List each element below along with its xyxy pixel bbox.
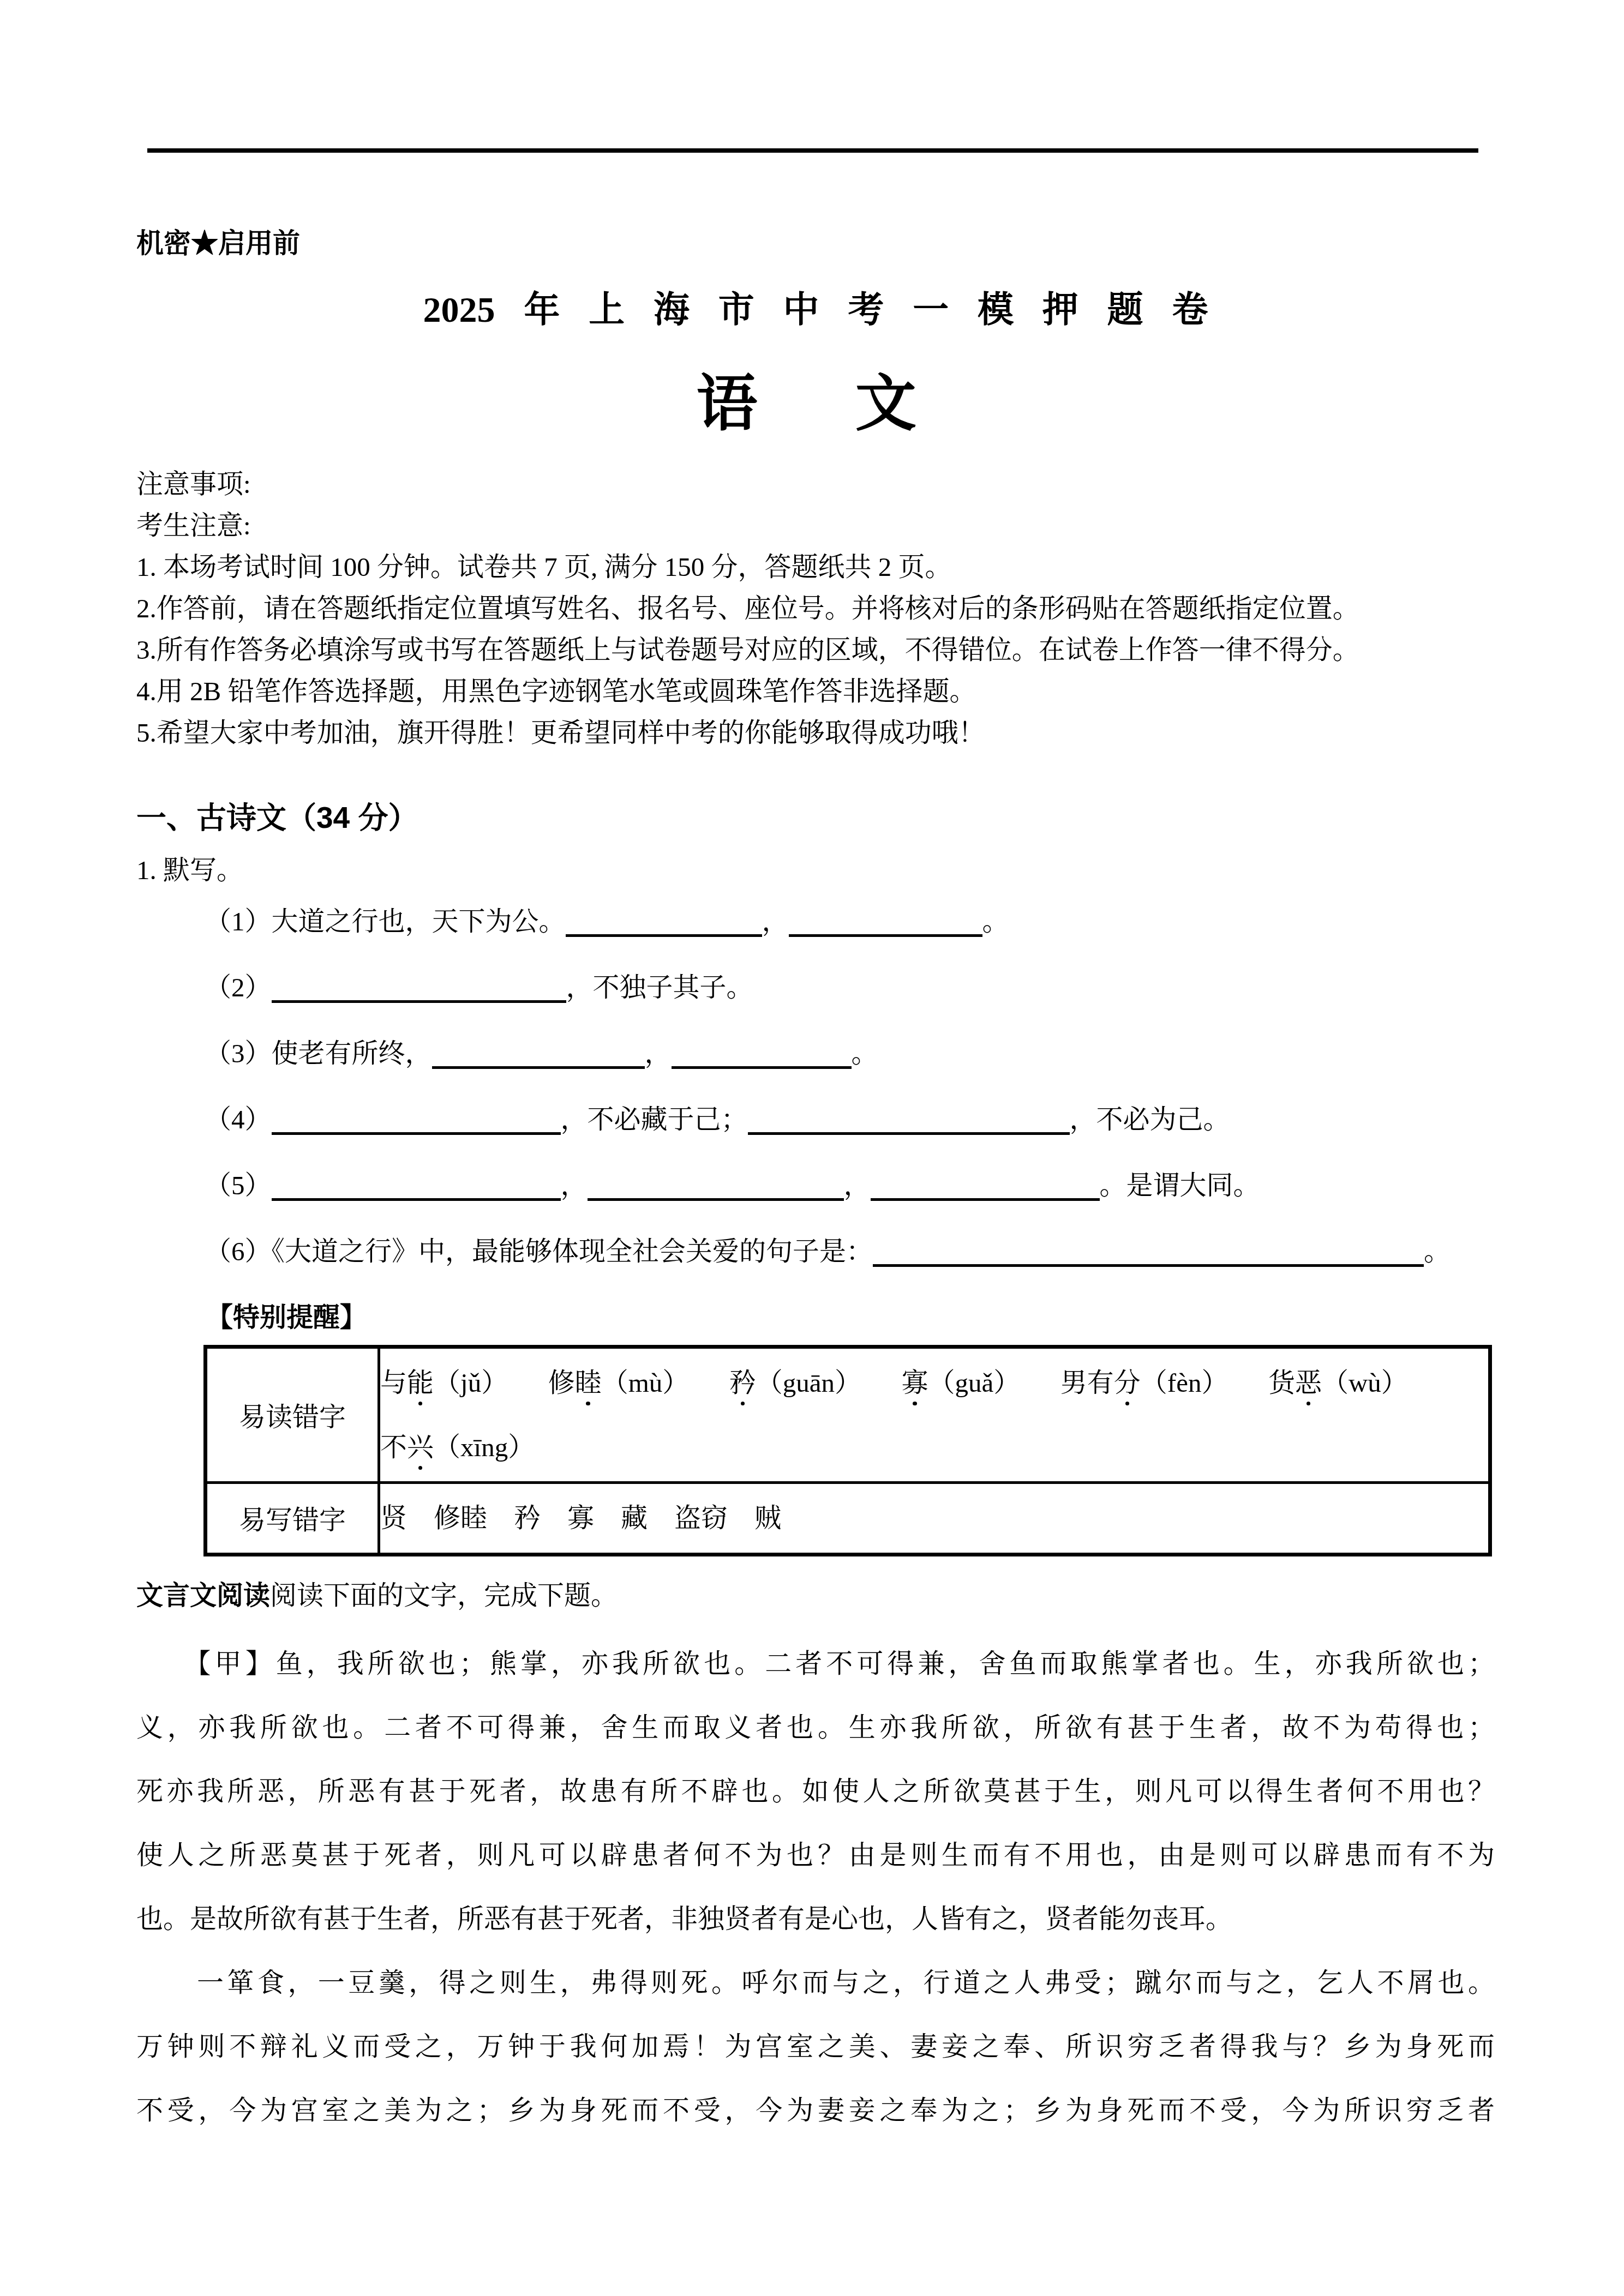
answer-blank	[789, 904, 982, 937]
reminder-table: 易读错字 与能（jǔ） 修睦（mù） 矜（guān） 寡（guǎ） 男有分（fè…	[203, 1345, 1492, 1556]
answer-blank	[566, 904, 762, 937]
notice-block: 注意事项: 考生注意: 1. 本场考试时间 100 分钟。试卷共 7 页, 满分…	[136, 464, 1495, 754]
passage-line: 义，亦我所欲也。二者不可得兼，舍生而取义者也。生亦我所欲，所欲有甚于生者，故不为…	[136, 1696, 1495, 1759]
table-row: 易写错字 贤 修睦 矜 寡 藏 盗窃 贼	[206, 1483, 1490, 1555]
page-title: 2025 年 上 海 市 中 考 一 模 押 题 卷	[136, 290, 1495, 330]
answer-blank	[871, 1168, 1100, 1201]
passage-line: 不受，今为宫室之美为之；乡为身死而不受，今为妻妾之奉为之；乡为身死而不受，今为所…	[136, 2078, 1495, 2142]
dictation-text: 。	[982, 906, 1009, 936]
character-line: 贤 修睦 矜 寡 藏 盗窃 贼	[380, 1486, 1488, 1550]
notice-item: 3.所有作答务必填涂写或书写在答题纸上与试卷题号对应的区域，不得错位。在试卷上作…	[136, 629, 1495, 671]
classical-reading-label: 文言文阅读	[136, 1580, 270, 1610]
table-row: 易读错字 与能（jǔ） 修睦（mù） 矜（guān） 寡（guǎ） 男有分（fè…	[206, 1347, 1490, 1483]
notice-item: 1. 本场考试时间 100 分钟。试卷共 7 页, 满分 150 分，答题纸共 …	[136, 546, 1495, 588]
dictation-item: （5），，。是谓大同。	[205, 1165, 1495, 1206]
emphasized-character: 睦	[575, 1368, 602, 1398]
passage-line: 【甲】鱼，我所欲也；熊掌，亦我所欲也。二者不可得兼，舍鱼而取熊掌者也。生，亦我所…	[136, 1632, 1495, 1696]
pinyin-line: 不兴（xīng）	[380, 1415, 1488, 1480]
dictation-item: （4），不必藏于己；，不必为己。	[205, 1099, 1495, 1140]
dictation-text: ，不必藏于己；	[561, 1104, 748, 1134]
answer-blank	[432, 1036, 645, 1069]
answer-blank	[272, 1168, 561, 1201]
dictation-item: （2），不独子其子。	[205, 967, 1495, 1008]
miswritten-characters-label: 易写错字	[206, 1483, 379, 1555]
dictation-text: ，不必为己。	[1070, 1104, 1230, 1134]
dictation-text: 。	[1424, 1236, 1451, 1266]
notice-heading: 注意事项:	[136, 464, 1495, 505]
dictation-item: （6）《大道之行》中，最能够体现全社会关爱的句子是：。	[205, 1231, 1495, 1272]
examinee-notice-heading: 考生注意:	[136, 505, 1495, 546]
dictation-text: （5）	[205, 1170, 272, 1200]
exam-paper-page: 机密★启用前 2025 年 上 海 市 中 考 一 模 押 题 卷 语 文 注意…	[0, 0, 1624, 2296]
dictation-text: ，	[561, 1170, 588, 1200]
dictation-text: （3）使老有所终，	[205, 1038, 432, 1068]
miswritten-characters-content: 贤 修睦 矜 寡 藏 盗窃 贼	[379, 1483, 1490, 1555]
emphasized-character: 寡	[902, 1368, 928, 1398]
classical-reading-instruction: 阅读下面的文字，完成下题。	[270, 1580, 618, 1610]
answer-blank	[873, 1234, 1424, 1267]
classical-passage-paragraph: 一箪食，一豆羹，得之则生，弗得则死。呼尔而与之，行道之人弗受；蹴尔而与之，乞人不…	[136, 1951, 1495, 2142]
dictation-text: ，	[844, 1170, 871, 1200]
question-1-label: 1. 默写。	[136, 850, 1495, 891]
dictation-text: ，	[762, 906, 789, 936]
emphasized-character: 分	[1114, 1368, 1141, 1398]
passage-line: 死亦我所恶，所恶有甚于死者，故患有所不辟也。如使人之所欲莫甚于生，则凡可以得生者…	[136, 1759, 1495, 1823]
dictation-item: （3）使老有所终，，。	[205, 1033, 1495, 1074]
section-heading-ancient-poetry: 一、古诗文（34 分）	[136, 798, 1495, 837]
top-horizontal-rule	[147, 148, 1478, 153]
classification-label: 机密★启用前	[136, 228, 1495, 259]
dictation-text: （2）	[205, 972, 272, 1002]
dictation-text: 。	[852, 1038, 878, 1068]
passage-line: 也。是故所欲有甚于生者，所恶有甚于死者，非独贤者有是心也，人皆有之，贤者能勿丧耳…	[136, 1887, 1495, 1951]
emphasized-character: 恶	[1295, 1368, 1322, 1398]
answer-blank	[748, 1102, 1070, 1135]
emphasized-character: 兴	[407, 1432, 434, 1462]
dictation-text: （4）	[205, 1104, 272, 1134]
dictation-text: （1）大道之行也，天下为公。	[205, 906, 566, 936]
mispronounced-characters-content: 与能（jǔ） 修睦（mù） 矜（guān） 寡（guǎ） 男有分（fèn） 货恶…	[379, 1347, 1490, 1483]
classical-reading-intro: 文言文阅读阅读下面的文字，完成下题。	[136, 1575, 1495, 1616]
notice-item: 5.希望大家中考加油，旗开得胜！更希望同样中考的你能够取得成功哦！	[136, 712, 1495, 754]
dictation-item: （1）大道之行也，天下为公。，。	[205, 901, 1495, 942]
subject-title: 语 文	[136, 370, 1495, 438]
dictation-items: （1）大道之行也，天下为公。，。（2），不独子其子。（3）使老有所终，，。（4）…	[136, 901, 1495, 1272]
answer-blank	[588, 1168, 844, 1201]
special-reminder-label: 【特别提醒】	[206, 1297, 1495, 1338]
mispronounced-characters-label: 易读错字	[206, 1347, 379, 1483]
dictation-text: ，	[645, 1038, 672, 1068]
passage-line: 万钟则不辩礼义而受之，万钟于我何加焉！为宫室之美、妻妾之奉、所识穷乏者得我与？乡…	[136, 2015, 1495, 2078]
pinyin-line: 与能（jǔ） 修睦（mù） 矜（guān） 寡（guǎ） 男有分（fèn） 货恶…	[380, 1351, 1488, 1415]
classical-passage-paragraph: 【甲】鱼，我所欲也；熊掌，亦我所欲也。二者不可得兼，舍鱼而取熊掌者也。生，亦我所…	[136, 1632, 1495, 1951]
notice-item: 2.作答前，请在答题纸指定位置填写姓名、报名号、座位号。并将核对后的条形码贴在答…	[136, 588, 1495, 629]
passage-line: 一箪食，一豆羹，得之则生，弗得则死。呼尔而与之，行道之人弗受；蹴尔而与之，乞人不…	[136, 1951, 1495, 2015]
answer-blank	[272, 970, 566, 1003]
dictation-text: 。是谓大同。	[1100, 1170, 1260, 1200]
dictation-text: ，不独子其子。	[566, 972, 753, 1002]
dictation-text: （6）《大道之行》中，最能够体现全社会关爱的句子是：	[205, 1236, 873, 1266]
notice-item: 4.用 2B 铅笔作答选择题，用黑色字迹钢笔水笔或圆珠笔作答非选择题。	[136, 671, 1495, 712]
answer-blank	[272, 1102, 561, 1135]
answer-blank	[672, 1036, 852, 1069]
emphasized-character: 矜	[729, 1368, 756, 1398]
passage-line: 使人之所恶莫甚于死者，则凡可以辟患者何不为也？由是则生而有不用也，由是则可以辟患…	[136, 1823, 1495, 1887]
emphasized-character: 能	[407, 1368, 434, 1398]
